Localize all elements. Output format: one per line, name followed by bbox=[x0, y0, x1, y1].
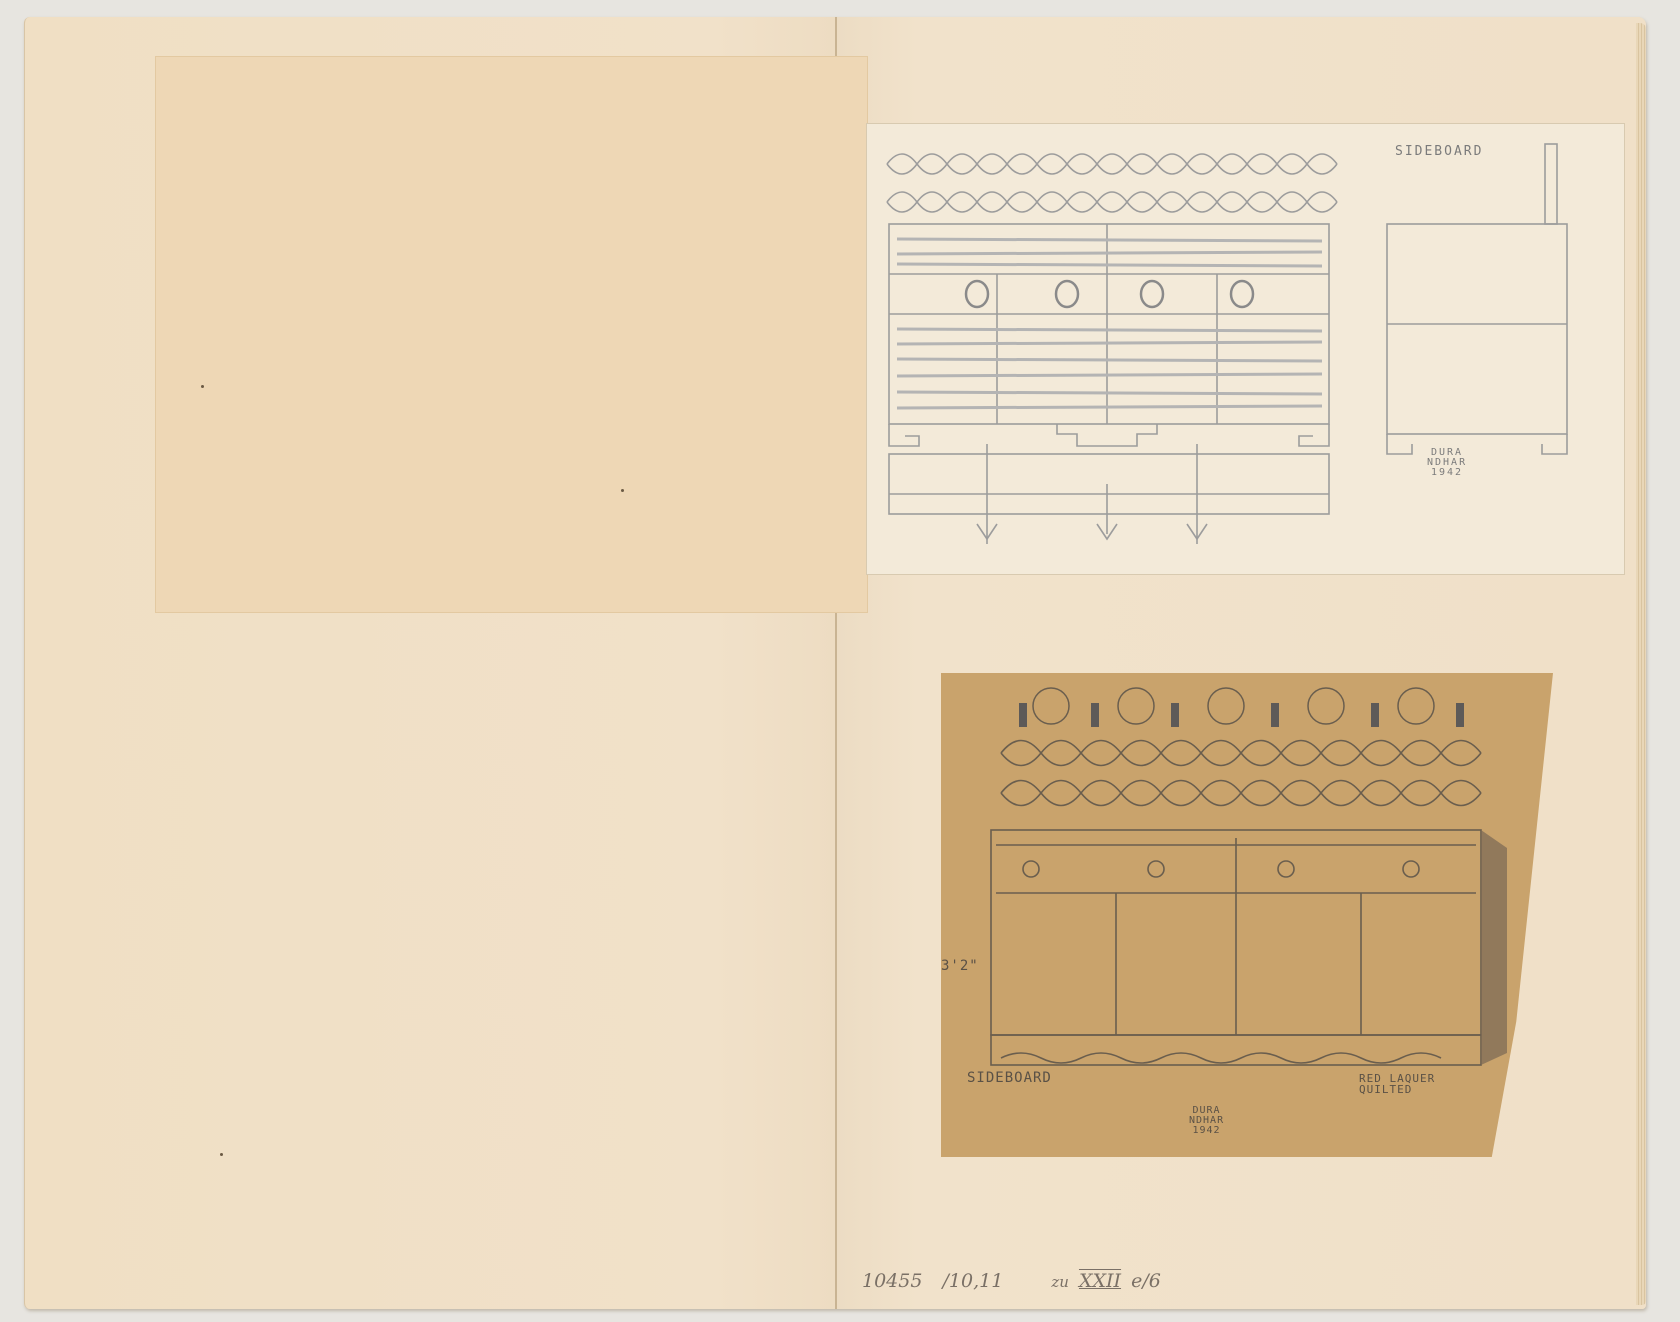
sideboard-drawing bbox=[867, 124, 1624, 574]
paper-speck bbox=[621, 489, 624, 492]
page-reference: /10,11 bbox=[943, 1270, 1004, 1292]
volume-number: XXII bbox=[1079, 1270, 1121, 1292]
tan-tissue-overlay bbox=[155, 56, 868, 613]
annotation-prefix: zu bbox=[1051, 1273, 1069, 1291]
volume-sub-number: 6 bbox=[1149, 1270, 1161, 1292]
page-edges bbox=[1636, 23, 1646, 1305]
sketch-title: SIDEBOARD bbox=[967, 1070, 1052, 1086]
artist-signature: DURA NDHAR 1942 bbox=[1427, 448, 1467, 478]
dimension-label: 3'2" bbox=[941, 958, 979, 974]
sketch-title: SIDEBOARD bbox=[1395, 144, 1483, 159]
finish-note: RED LAQUER QUILTED bbox=[1359, 1073, 1435, 1095]
sideboard-sketch-brown-paper: 3'2" SIDEBOARD RED LAQUER QUILTED DURA N… bbox=[941, 673, 1553, 1157]
knob-icons bbox=[966, 281, 1253, 307]
artist-signature: DURA NDHAR 1942 bbox=[1189, 1106, 1224, 1136]
inventory-number: 10455 bbox=[862, 1270, 922, 1292]
sideboard-sketch-pencil: SIDEBOARD DURA NDHAR 1942 bbox=[866, 123, 1625, 575]
paper-speck bbox=[220, 1153, 223, 1156]
side-shading bbox=[1481, 830, 1507, 1065]
paper-speck bbox=[201, 385, 204, 388]
volume-sub: e bbox=[1131, 1270, 1142, 1292]
archive-annotation: 10455 /10,11 zu XXII e/6 bbox=[862, 1270, 1161, 1292]
